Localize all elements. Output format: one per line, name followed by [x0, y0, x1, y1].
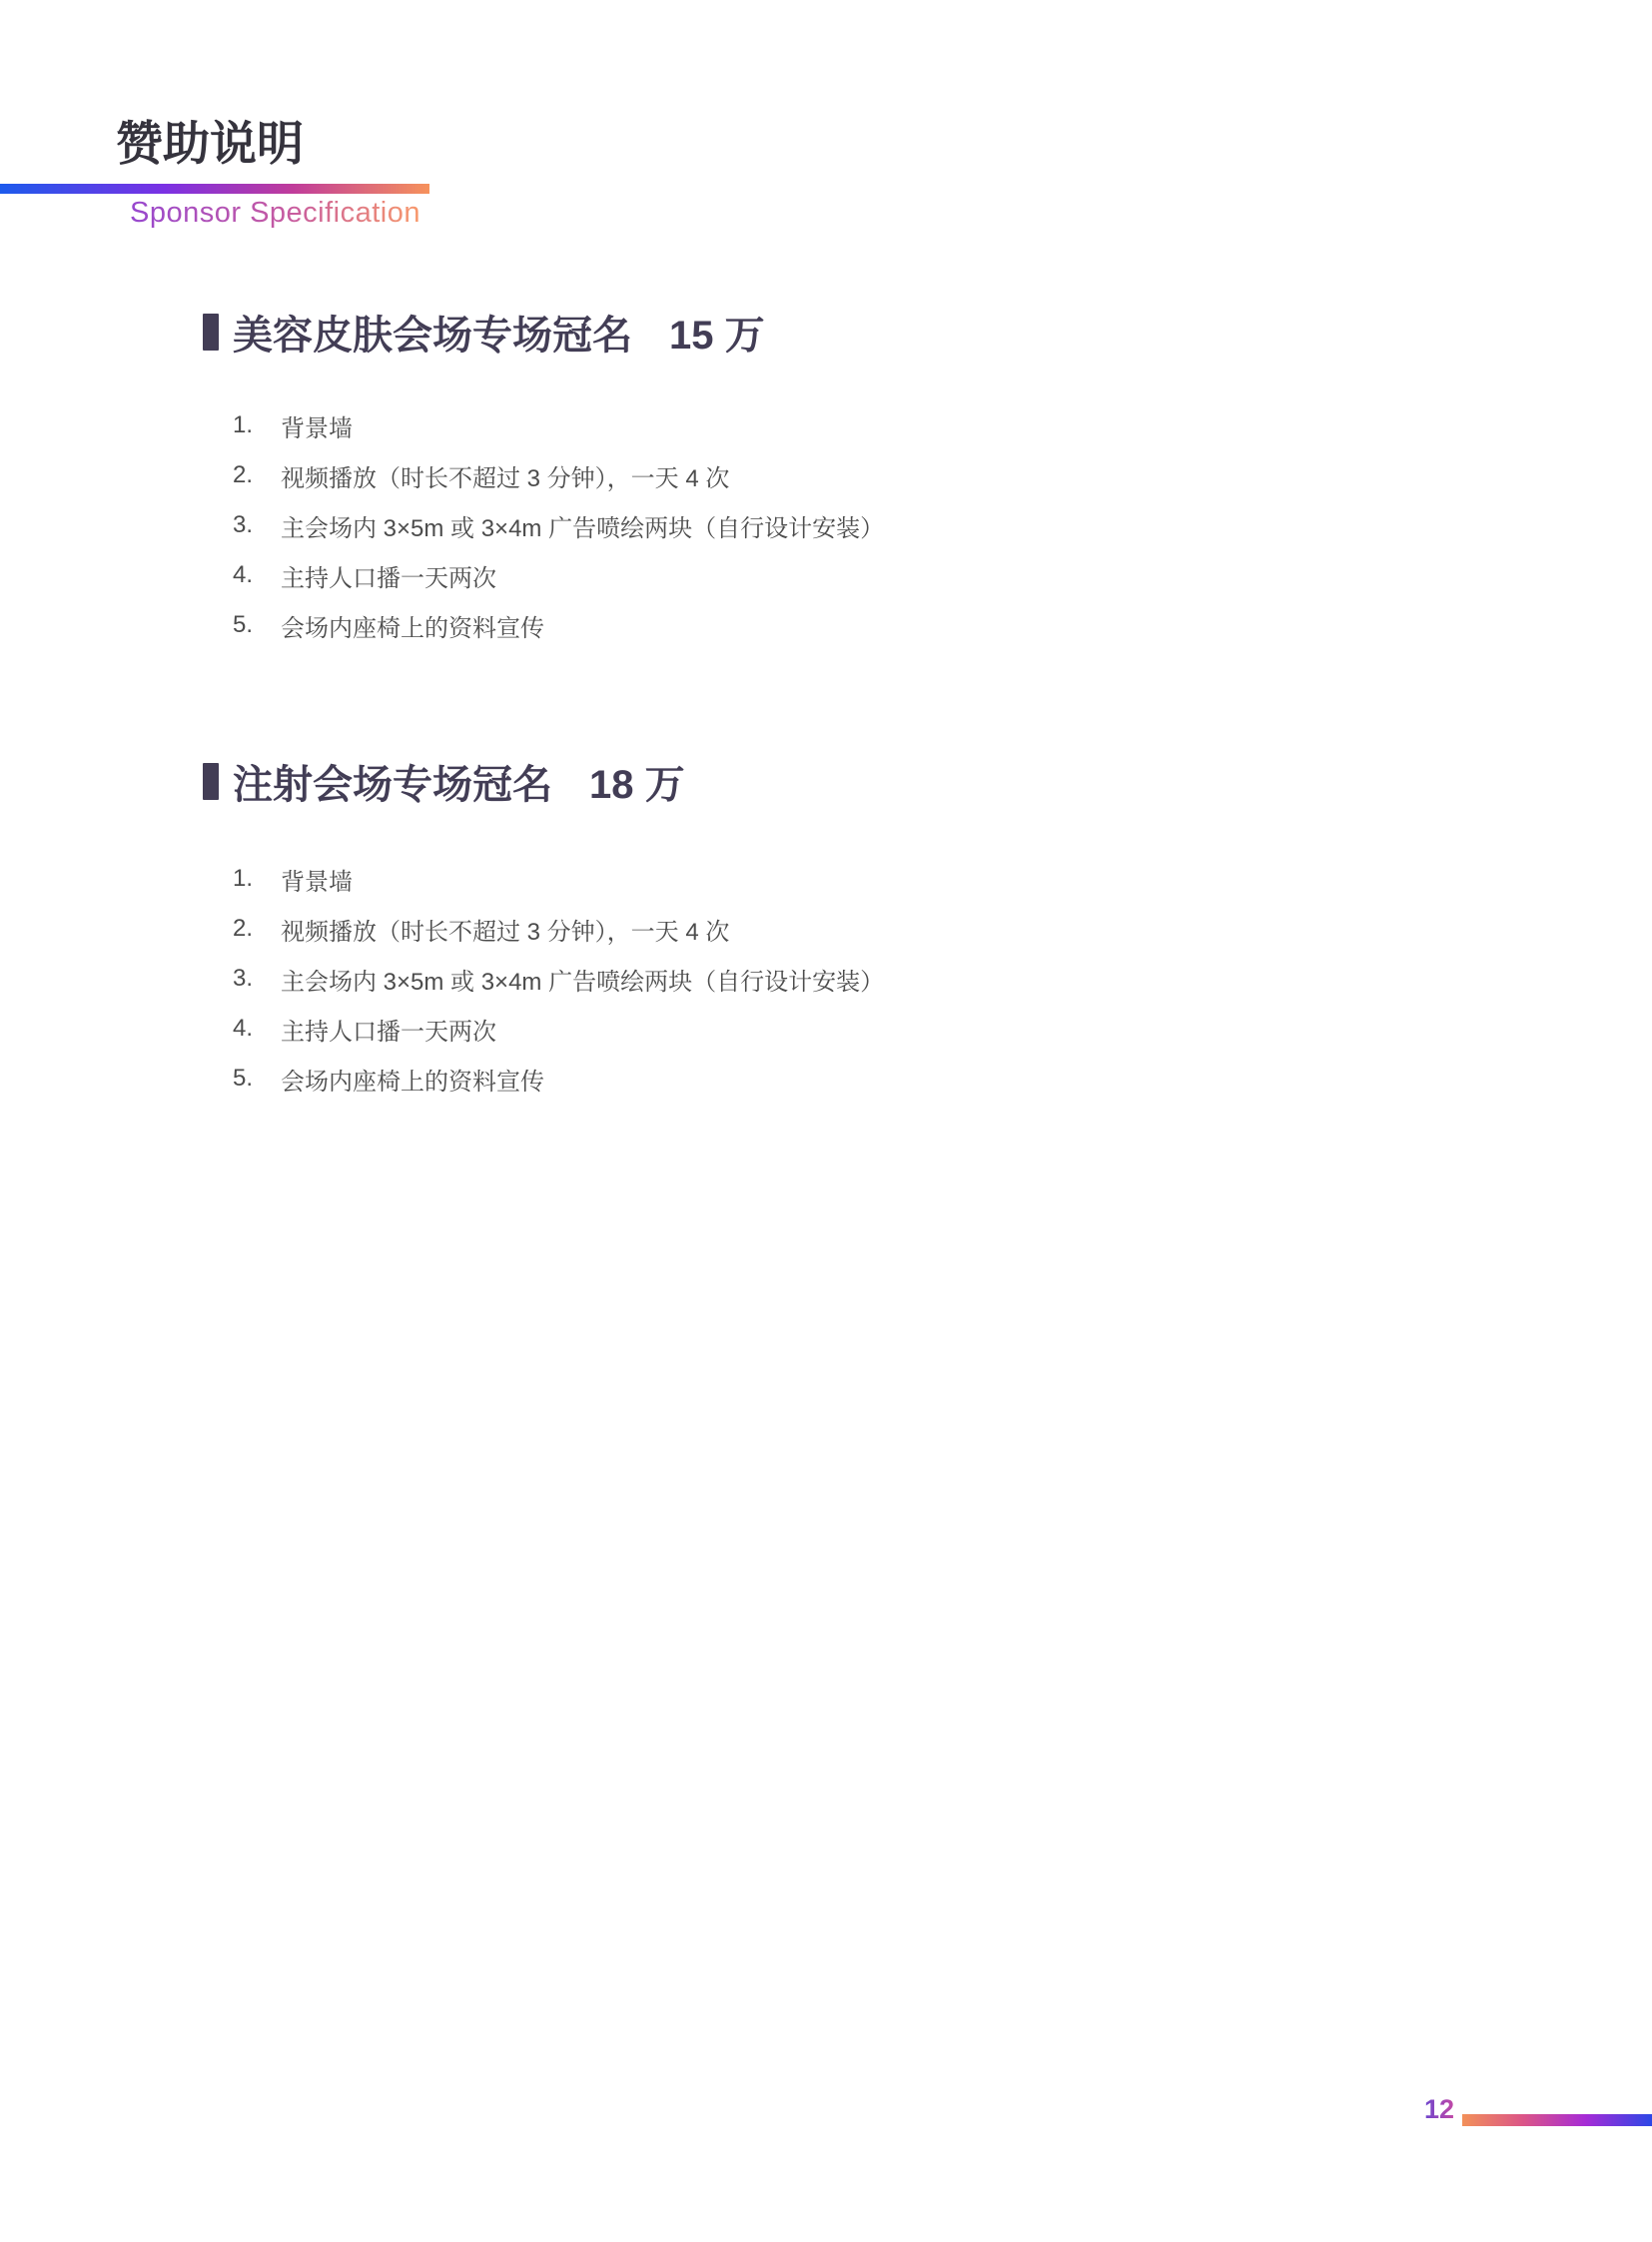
item-number: 4. — [233, 1015, 281, 1043]
document-page: 赞助说明 Sponsor Specification 美容皮肤会场专场冠名 15… — [0, 0, 1652, 2242]
item-number: 2. — [233, 461, 281, 489]
list-item: 5. 会场内座椅上的资料宣传 — [233, 600, 884, 650]
heading-block-marker — [203, 314, 219, 351]
list-item: 2. 视频播放（时长不超过 3 分钟），一天 4 次 — [233, 450, 884, 500]
benefit-list: 1. 背景墙 2. 视频播放（时长不超过 3 分钟），一天 4 次 3. 主会场… — [233, 854, 884, 1104]
list-item: 3. 主会场内 3×5m 或 3×4m 广告喷绘两块（自行设计安装） — [233, 954, 884, 1004]
page-title: 赞助说明 — [116, 113, 304, 174]
item-number: 3. — [233, 511, 281, 539]
item-number: 5. — [233, 1065, 281, 1093]
section-title: 美容皮肤会场专场冠名 — [233, 304, 632, 361]
list-item: 3. 主会场内 3×5m 或 3×4m 广告喷绘两块（自行设计安装） — [233, 500, 884, 550]
list-item: 1. 背景墙 — [233, 400, 884, 450]
item-number: 4. — [233, 561, 281, 589]
section-beauty-dermatology: 美容皮肤会场专场冠名 15 万 1. 背景墙 2. 视频播放（时长不超过 3 分… — [0, 308, 1652, 356]
item-text: 主持人口播一天两次 — [281, 558, 496, 593]
item-text: 背景墙 — [281, 408, 353, 443]
item-number: 1. — [233, 411, 281, 439]
list-item: 4. 主持人口播一天两次 — [233, 550, 884, 600]
item-number: 2. — [233, 915, 281, 943]
item-number: 1. — [233, 865, 281, 893]
header-gradient-bar — [0, 184, 429, 194]
benefit-list: 1. 背景墙 2. 视频播放（时长不超过 3 分钟），一天 4 次 3. 主会场… — [233, 400, 884, 650]
item-text: 主持人口播一天两次 — [281, 1012, 496, 1047]
item-text: 背景墙 — [281, 862, 353, 897]
page-subtitle: Sponsor Specification — [130, 197, 420, 230]
item-text: 会场内座椅上的资料宣传 — [281, 1062, 544, 1097]
footer-gradient-bar — [1462, 2114, 1652, 2126]
list-item: 4. 主持人口播一天两次 — [233, 1004, 884, 1054]
section-injection: 注射会场专场冠名 18 万 1. 背景墙 2. 视频播放（时长不超过 3 分钟）… — [0, 757, 1652, 805]
section-price: 15 万 — [669, 304, 765, 361]
section-price: 18 万 — [589, 753, 685, 810]
item-text: 会场内座椅上的资料宣传 — [281, 608, 544, 643]
item-number: 3. — [233, 965, 281, 993]
section-heading: 美容皮肤会场专场冠名 15 万 — [0, 308, 1652, 356]
heading-block-marker — [203, 763, 219, 800]
item-number: 5. — [233, 611, 281, 639]
item-text: 主会场内 3×5m 或 3×4m 广告喷绘两块（自行设计安装） — [281, 508, 884, 543]
section-title: 注射会场专场冠名 — [233, 753, 552, 810]
list-item: 2. 视频播放（时长不超过 3 分钟），一天 4 次 — [233, 904, 884, 954]
item-text: 主会场内 3×5m 或 3×4m 广告喷绘两块（自行设计安装） — [281, 962, 884, 997]
list-item: 5. 会场内座椅上的资料宣传 — [233, 1054, 884, 1104]
item-text: 视频播放（时长不超过 3 分钟），一天 4 次 — [281, 912, 729, 947]
list-item: 1. 背景墙 — [233, 854, 884, 904]
item-text: 视频播放（时长不超过 3 分钟），一天 4 次 — [281, 458, 729, 493]
page-number: 12 — [1418, 2094, 1460, 2125]
section-heading: 注射会场专场冠名 18 万 — [0, 757, 1652, 805]
